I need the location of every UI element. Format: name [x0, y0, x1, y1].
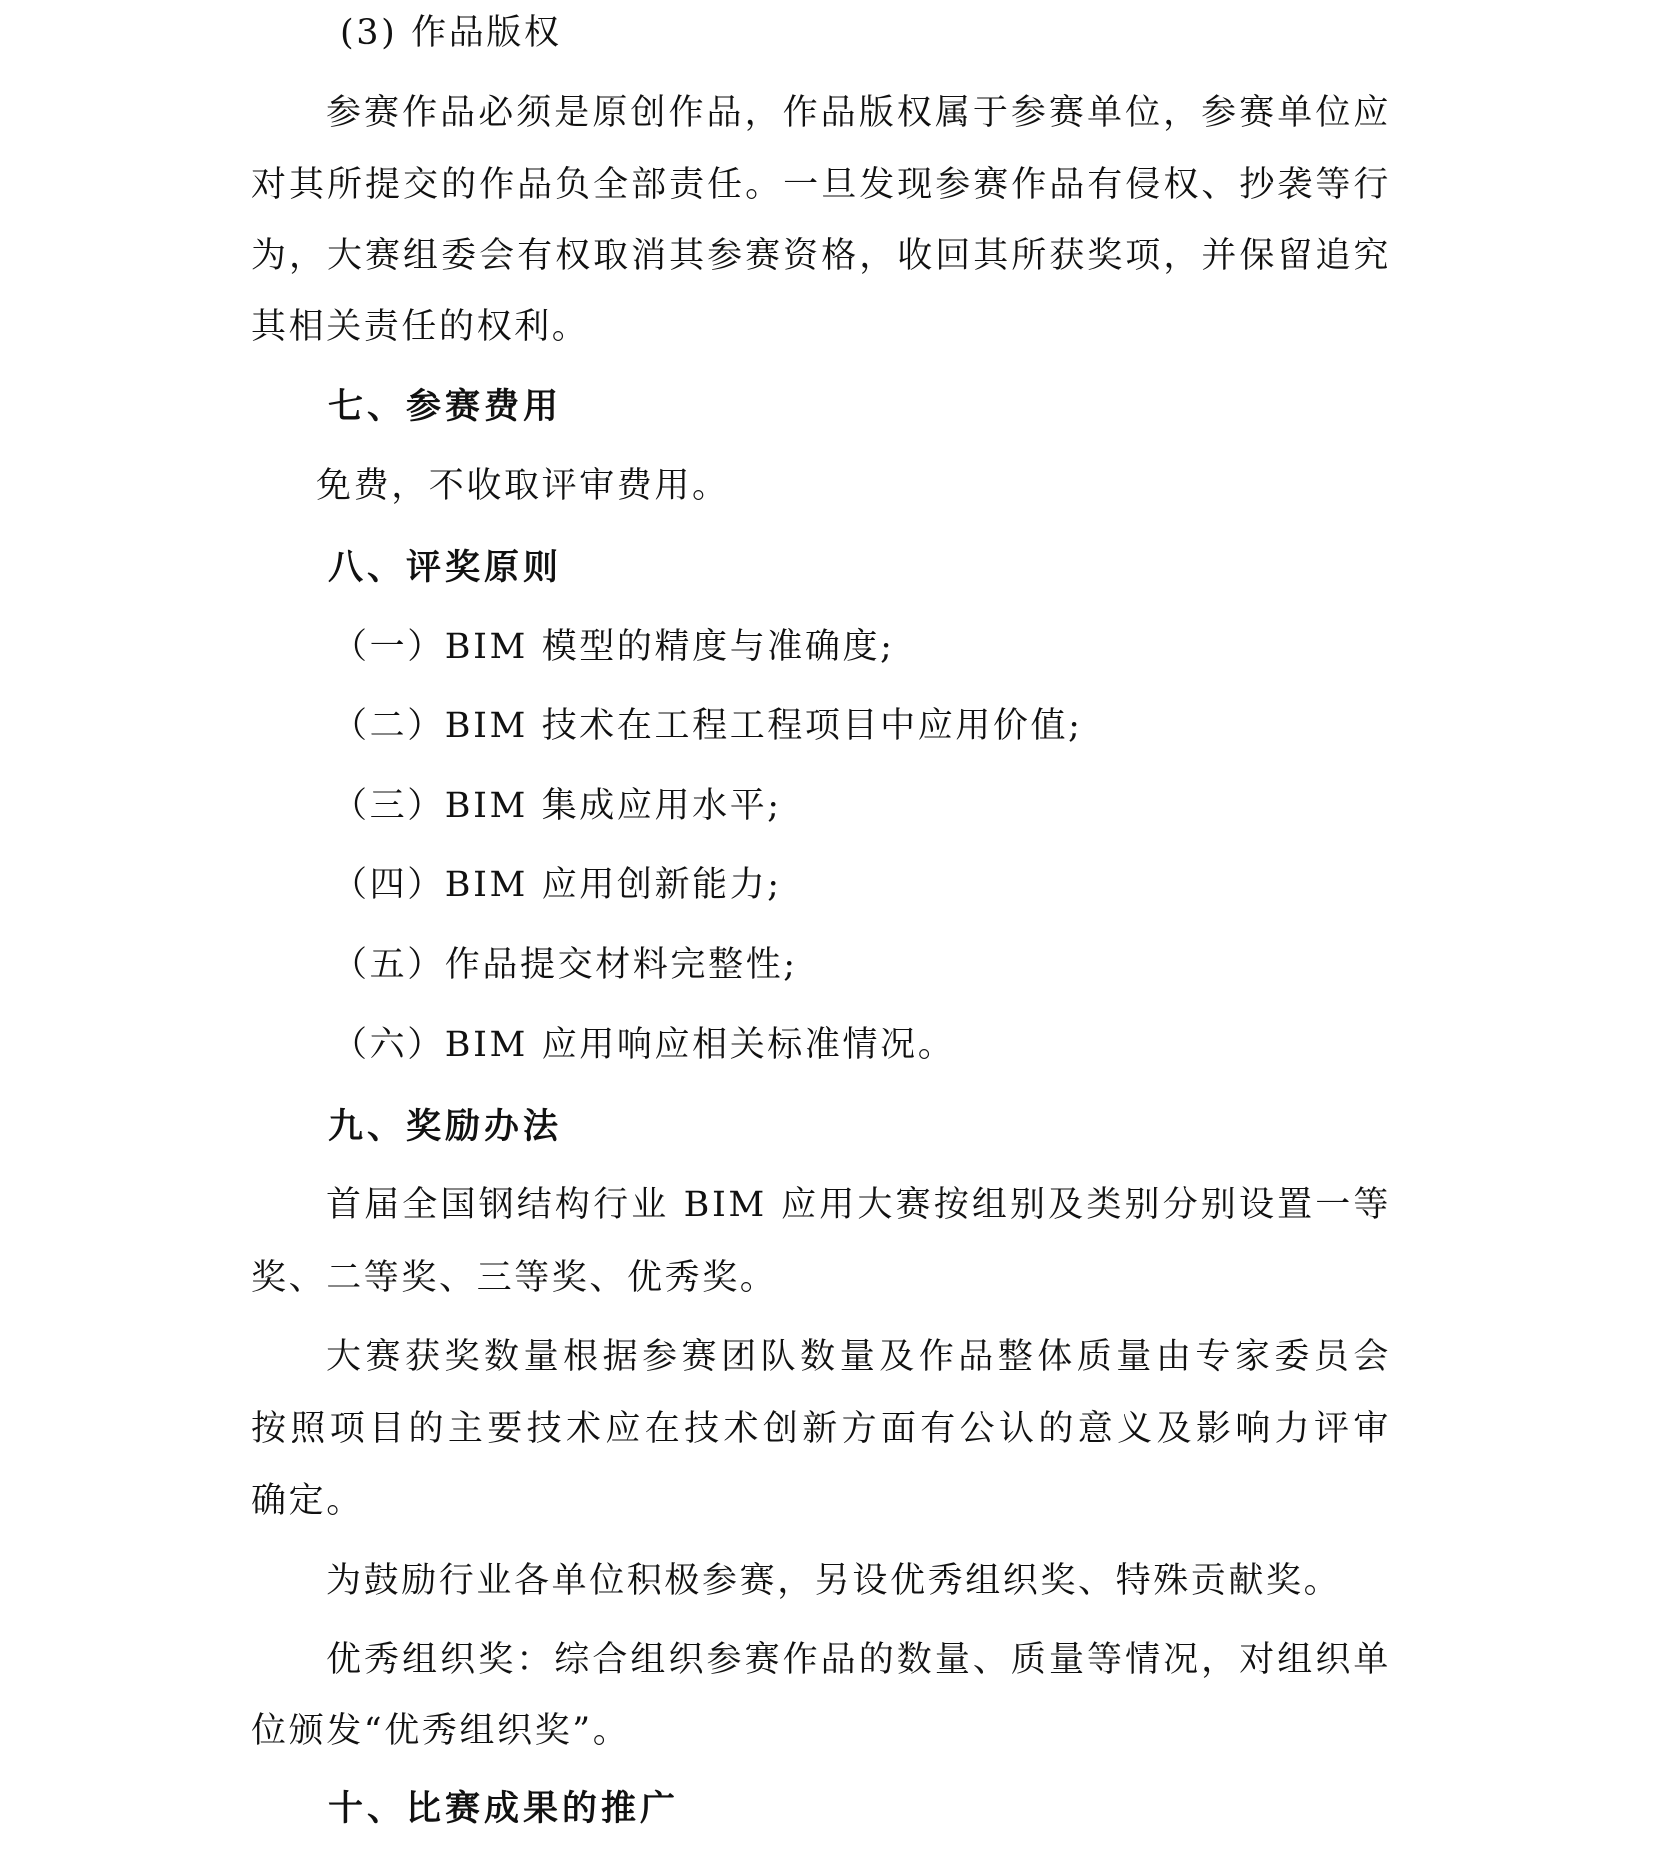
paragraph-line: 首届全国钢结构行业 BIM 应用大赛按组别及类别分别设置一等 — [326, 1180, 1391, 1230]
list-item: （二）BIM 技术在工程工程项目中应用价值; — [332, 701, 1472, 751]
section-heading-fees: 七、参赛费用 — [328, 382, 1468, 432]
paragraph-line: 位颁发“优秀组织奖”。 — [251, 1706, 1391, 1756]
paragraph-line: 确定。 — [251, 1476, 1391, 1526]
section-heading-promotion: 十、比赛成果的推广 — [328, 1784, 1468, 1834]
paragraph-line: 免费，不收取评审费用。 — [316, 461, 1456, 511]
paragraph-line: 参赛作品必须是原创作品，作品版权属于参赛单位，参赛单位应 — [326, 88, 1391, 138]
paragraph-line: 奖、二等奖、三等奖、优秀奖。 — [251, 1253, 1391, 1303]
paragraph-line: 为，大赛组委会有权取消其参赛资格，收回其所获奖项，并保留追究 — [251, 231, 1391, 281]
section-heading-awards: 九、奖励办法 — [328, 1102, 1468, 1152]
list-item: （三）BIM 集成应用水平; — [332, 781, 1472, 831]
paragraph-line: 对其所提交的作品负全部责任。一旦发现参赛作品有侵权、抄袭等行 — [251, 160, 1391, 210]
list-item: （六）BIM 应用响应相关标准情况。 — [332, 1020, 1472, 1070]
subsection-title-copyright: (3) 作品版权 — [340, 8, 1480, 58]
paragraph-line: 优秀组织奖：综合组织参赛作品的数量、质量等情况，对组织单 — [326, 1635, 1391, 1685]
paragraph-line: 为鼓励行业各单位积极参赛，另设优秀组织奖、特殊贡献奖。 — [326, 1556, 1391, 1606]
section-heading-judging-principles: 八、评奖原则 — [328, 543, 1468, 593]
list-item: （五）作品提交材料完整性; — [332, 940, 1472, 990]
paragraph-line: 其相关责任的权利。 — [251, 302, 1391, 352]
list-item: （四）BIM 应用创新能力; — [332, 860, 1472, 910]
paragraph-line: 按照项目的主要技术应在技术创新方面有公认的意义及影响力评审 — [251, 1404, 1391, 1454]
list-item: （一）BIM 模型的精度与准确度; — [332, 622, 1472, 672]
paragraph-line: 大赛获奖数量根据参赛团队数量及作品整体质量由专家委员会 — [326, 1332, 1391, 1382]
